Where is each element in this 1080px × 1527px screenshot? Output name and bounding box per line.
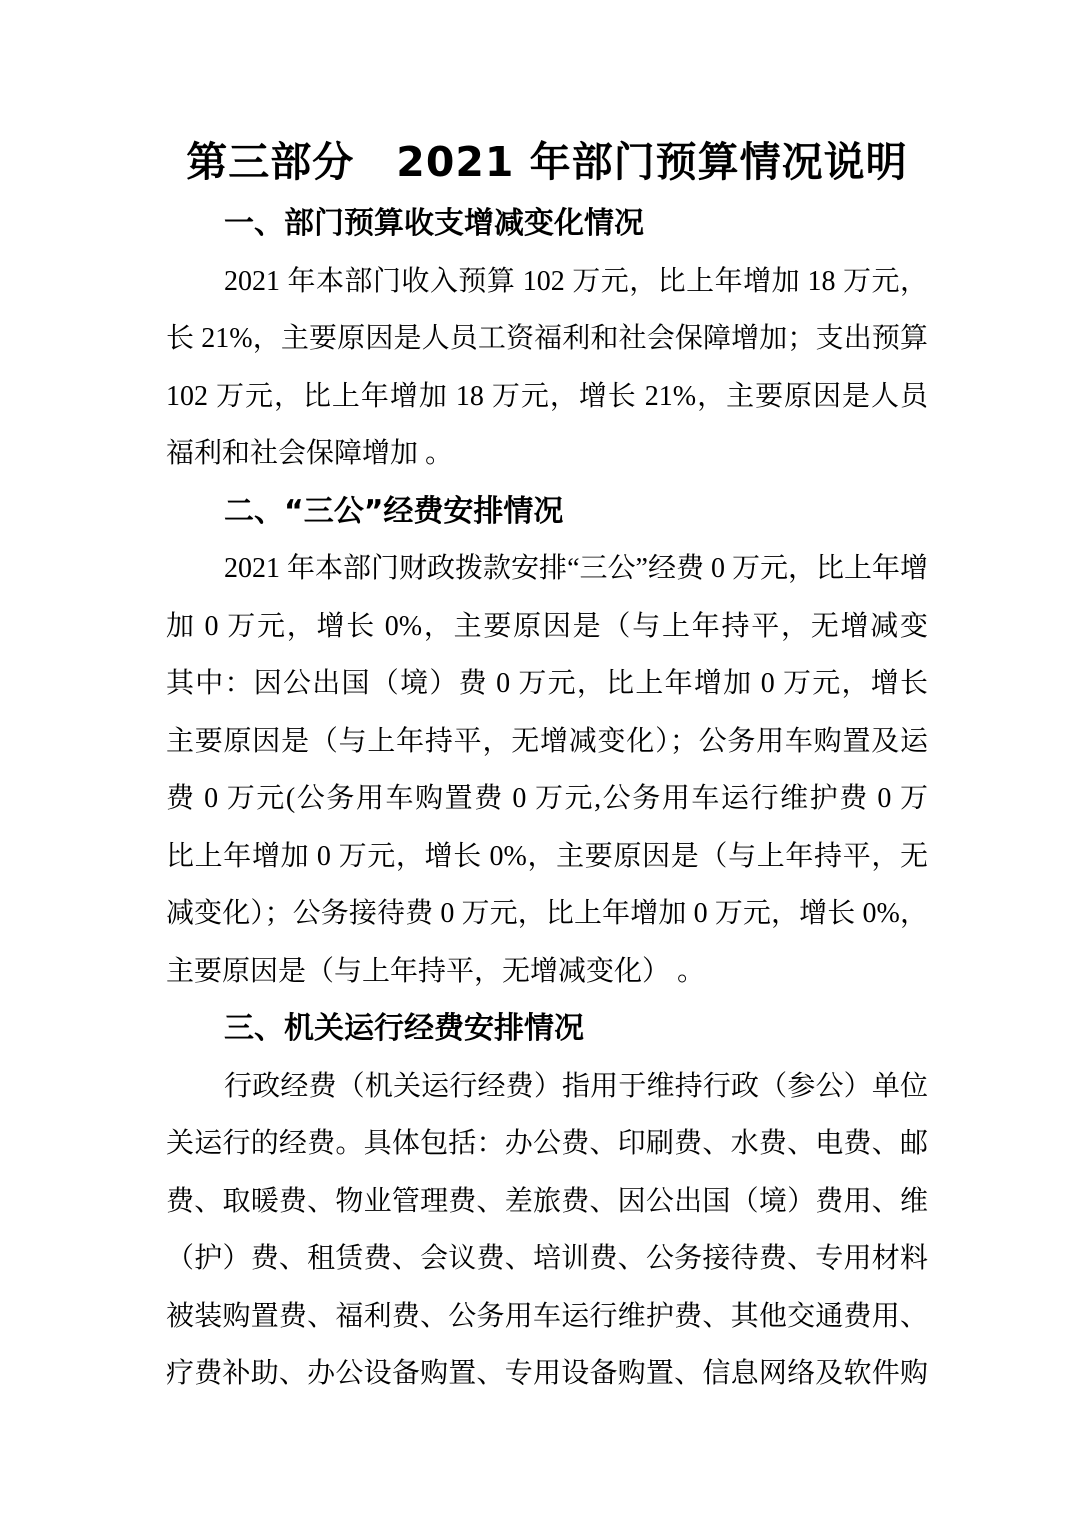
text-line: 2021 年本部门收入预算 102 万元，比上年增加 18 万元，增: [166, 253, 928, 311]
text-line: （护）费、租赁费、会议费、培训费、公务接待费、专用材料费、: [166, 1230, 928, 1288]
text-line: 福利和社会保障增加 。: [166, 425, 928, 483]
text-line: 被装购置费、福利费、公务用车运行维护费、其他交通费用、医: [166, 1288, 928, 1346]
text-line: 关运行的经费。具体包括：办公费、印刷费、水费、电费、邮电: [166, 1115, 928, 1173]
text-line: 费、取暖费、物业管理费、差旅费、因公出国（境）费用、维修: [166, 1173, 928, 1231]
document-page: 第三部分 2021 年部门预算情况说明 一、部门预算收支增减变化情况2021 年…: [0, 0, 1080, 1527]
text-line: 费 0 万元(公务用车购置费 0 万元,公务用车运行维护费 0 万元)，: [166, 770, 928, 828]
paragraph: 行政经费（机关运行经费）指用于维持行政（参公）单位机关运行的经费。具体包括：办公…: [166, 1058, 928, 1403]
text-line: 主要原因是（与上年持平，无增减变化）；公务用车购置及运行: [166, 713, 928, 771]
text-line: 长 21%，主要原因是人员工资福利和社会保障增加；支出预算: [166, 310, 928, 368]
text-line: 其中：因公出国（境）费 0 万元，比上年增加 0 万元，增长 0%，: [166, 655, 928, 713]
text-line: 2021 年本部门财政拨款安排“三公”经费 0 万元，比上年增: [166, 540, 928, 598]
text-line: 主要原因是（与上年持平，无增减变化） 。: [166, 943, 928, 1001]
text-line: 减变化）；公务接待费 0 万元，比上年增加 0 万元，增长 0%，: [166, 885, 928, 943]
document-body: 一、部门预算收支增减变化情况2021 年本部门收入预算 102 万元，比上年增加…: [166, 195, 928, 1403]
text-line: 102 万元，比上年增加 18 万元，增长 21%，主要原因是人员工资: [166, 368, 928, 426]
text-line: 疗费补助、办公设备购置、专用设备购置、信息网络及软件购置: [166, 1345, 928, 1403]
section-heading-2: 二、“三公”经费安排情况: [166, 483, 928, 541]
paragraph: 2021 年本部门收入预算 102 万元，比上年增加 18 万元，增长 21%，…: [166, 253, 928, 483]
section-heading-3: 三、机关运行经费安排情况: [166, 1000, 928, 1058]
document-title: 第三部分 2021 年部门预算情况说明: [166, 130, 928, 195]
paragraph: 2021 年本部门财政拨款安排“三公”经费 0 万元，比上年增加 0 万元，增长…: [166, 540, 928, 1000]
document-content: 第三部分 2021 年部门预算情况说明 一、部门预算收支增减变化情况2021 年…: [166, 0, 928, 1403]
text-line: 行政经费（机关运行经费）指用于维持行政（参公）单位机: [166, 1058, 928, 1116]
text-line: 加 0 万元，增长 0%，主要原因是（与上年持平，无增减变化）。: [166, 598, 928, 656]
section-heading-1: 一、部门预算收支增减变化情况: [166, 195, 928, 253]
text-line: 比上年增加 0 万元，增长 0%，主要原因是（与上年持平，无增: [166, 828, 928, 886]
